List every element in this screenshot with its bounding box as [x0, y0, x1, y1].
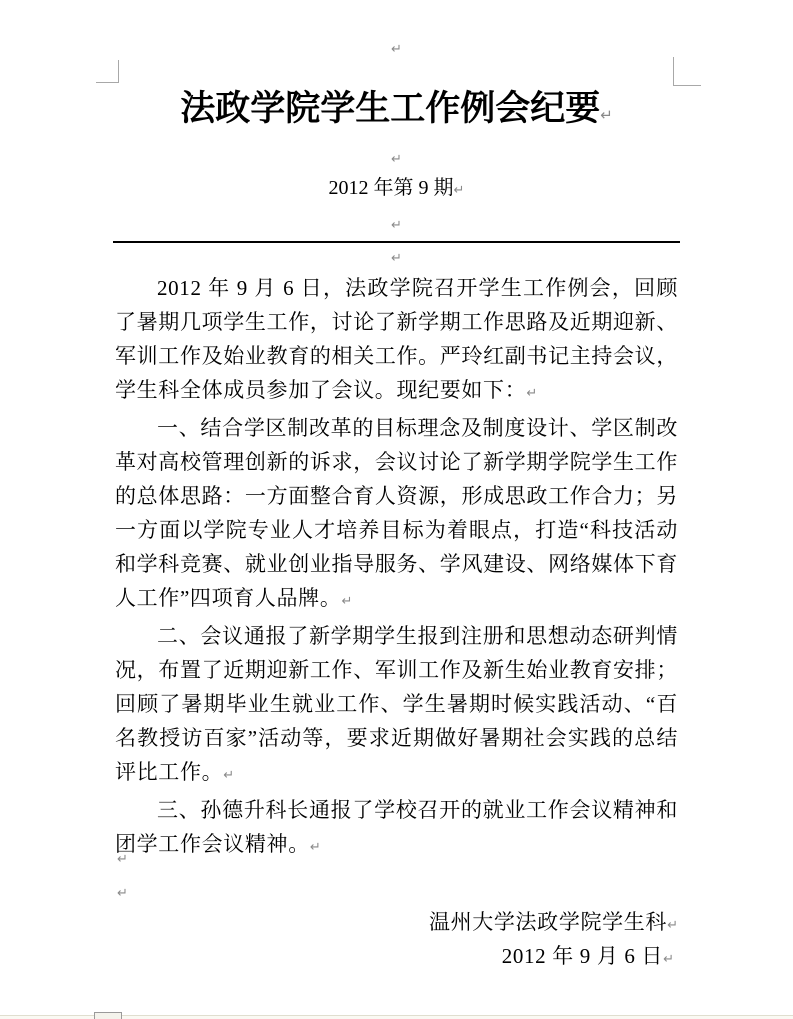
date-text: 2012 年 9 月 6 日 — [502, 944, 663, 968]
body-paragraph-text: 三、孙德升科长通报了学校召开的就业工作会议精神和团学工作会议精神。 — [115, 798, 678, 856]
issue-number-text: 2012 年第 9 期 — [329, 177, 454, 199]
issue-number-line[interactable]: 2012 年第 9 期↵ — [115, 172, 678, 207]
document-title[interactable]: 法政学院学生工作例会纪要↵ — [115, 80, 678, 144]
paragraph-mark-icon: ↵ — [454, 183, 465, 198]
paragraph-mark-icon: ↵ — [310, 840, 321, 855]
document-page: ↵ 法政学院学生工作例会纪要↵ ↵ 2012 年第 9 期↵ ↵ ↵ 2012 … — [0, 0, 793, 1019]
paragraph-mark-icon: ↵ — [391, 218, 402, 233]
title-separator-line — [113, 241, 680, 243]
paragraph-mark-icon: ↵ — [391, 251, 402, 266]
paragraph-mark-icon: ↵ — [600, 106, 613, 124]
paragraph-mark-icon: ↵ — [391, 42, 402, 57]
empty-paragraph[interactable]: ↵ — [117, 884, 128, 902]
date-line[interactable]: 2012 年 9 月 6 日↵ — [115, 939, 674, 977]
paragraph-mark-icon: ↵ — [667, 918, 678, 933]
empty-paragraph[interactable]: ↵ — [115, 249, 678, 267]
body-paragraph-text: 二、会议通报了新学期学生报到注册和思想动态研判情况，布置了近期迎新工作、军训工作… — [115, 624, 678, 784]
paragraph-mark-icon: ↵ — [663, 952, 674, 967]
paragraph-mark-icon: ↵ — [117, 852, 128, 867]
empty-paragraph[interactable]: ↵ — [115, 40, 678, 58]
body-paragraph[interactable]: 一、结合学区制改革的目标理念及制度设计、学区制改革对高校管理创新的诉求，会议讨论… — [115, 411, 678, 619]
body-paragraph-text: 一、结合学区制改革的目标理念及制度设计、学区制改革对高校管理创新的诉求，会议讨论… — [115, 416, 678, 610]
signature-line[interactable]: 温州大学法政学院学生科↵ — [115, 905, 678, 943]
document-body: 2012 年 9 月 6 日，法政学院召开学生工作例会，回顾了暑期几项学生工作，… — [115, 271, 678, 865]
empty-paragraph[interactable]: ↵ — [115, 216, 678, 234]
paragraph-mark-icon: ↵ — [341, 594, 352, 609]
body-paragraph[interactable]: 二、会议通报了新学期学生报到注册和思想动态研判情况，布置了近期迎新工作、军训工作… — [115, 619, 678, 793]
empty-paragraph[interactable]: ↵ — [115, 150, 678, 168]
page-bottom-widget — [94, 1012, 122, 1019]
paragraph-mark-icon: ↵ — [391, 152, 402, 167]
paragraph-mark-icon: ↵ — [117, 886, 128, 901]
body-paragraph[interactable]: 2012 年 9 月 6 日，法政学院召开学生工作例会，回顾了暑期几项学生工作，… — [115, 271, 678, 411]
signature-text: 温州大学法政学院学生科 — [429, 910, 667, 934]
body-paragraph-text: 2012 年 9 月 6 日，法政学院召开学生工作例会，回顾了暑期几项学生工作，… — [115, 276, 678, 402]
empty-paragraph[interactable]: ↵ — [117, 850, 128, 868]
paragraph-mark-icon: ↵ — [223, 768, 234, 783]
paragraph-mark-icon: ↵ — [526, 386, 537, 401]
document-title-text: 法政学院学生工作例会纪要 — [180, 89, 600, 128]
body-paragraph[interactable]: 三、孙德升科长通报了学校召开的就业工作会议精神和团学工作会议精神。↵ — [115, 793, 678, 865]
